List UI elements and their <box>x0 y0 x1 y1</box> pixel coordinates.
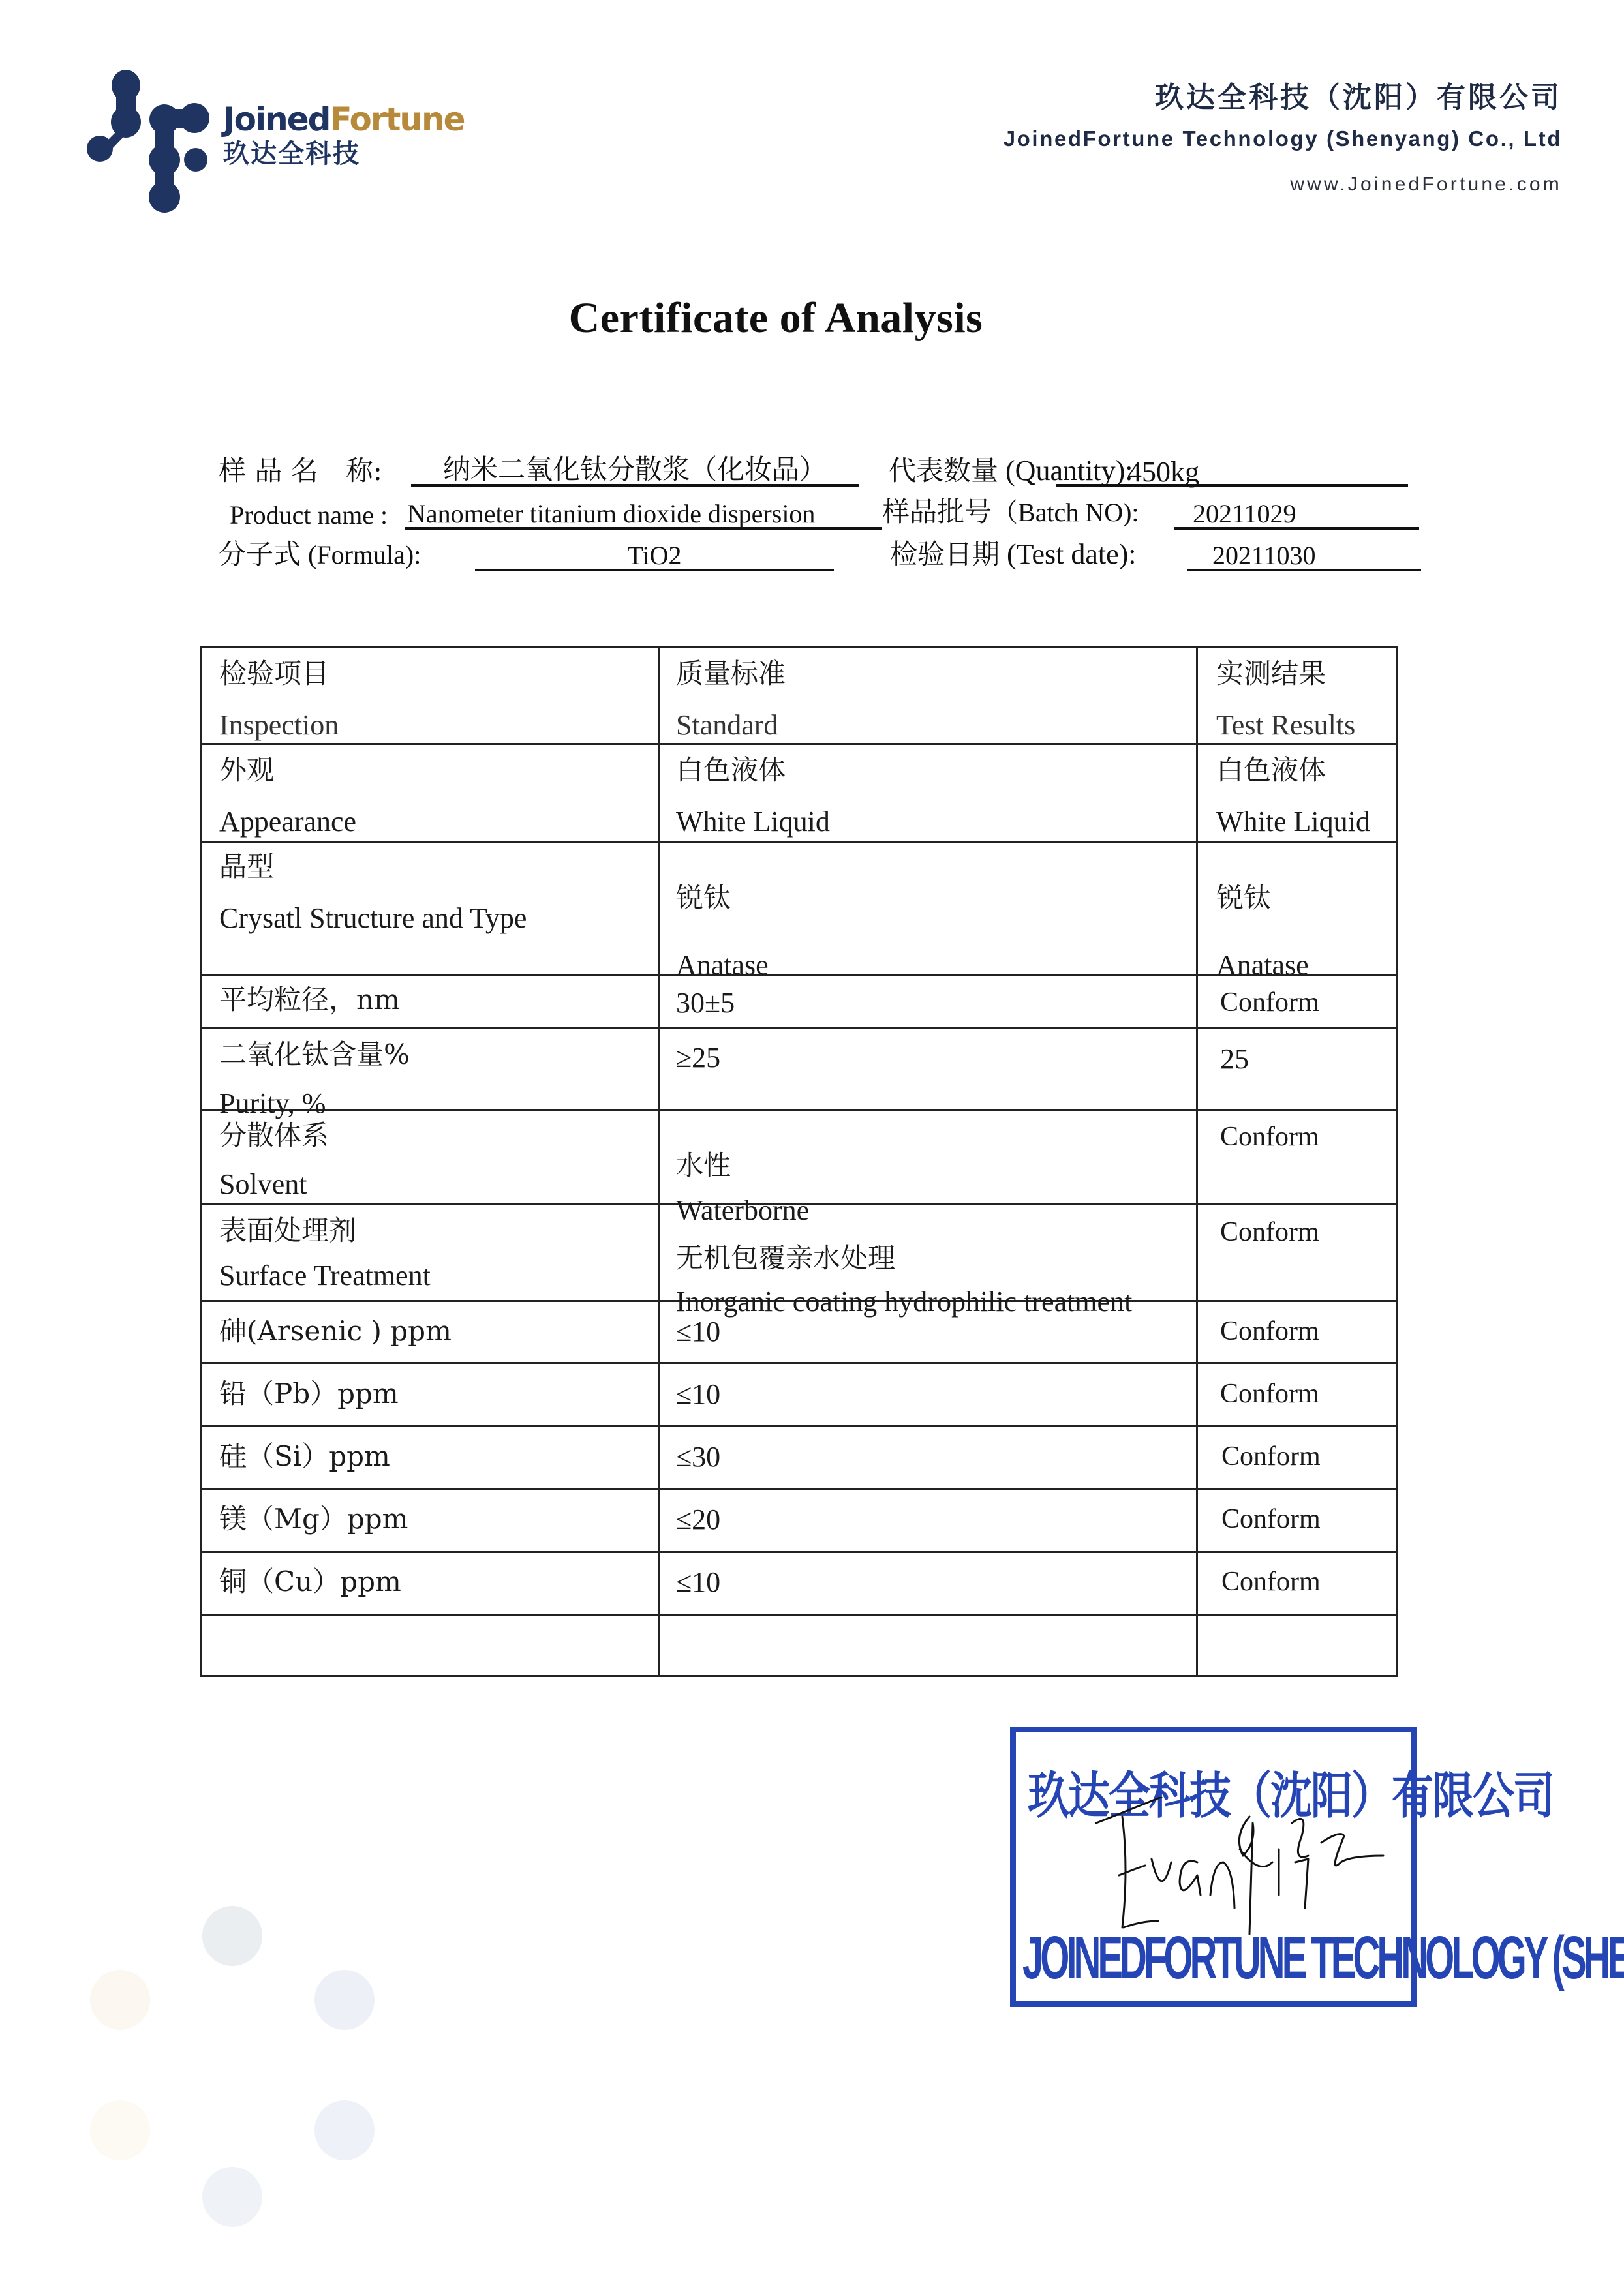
result-cell: Conform <box>1220 1380 1319 1408</box>
table-rule <box>200 1614 1398 1616</box>
formula-value: TiO2 <box>627 541 681 570</box>
standard-cell: 无机包覆亲水处理 Inorganic coating hydrophilic t… <box>676 1245 1132 1316</box>
header-test-results: 实测结果 Test Results <box>1216 660 1355 740</box>
standard-cell: 白色液体 White Liquid <box>676 757 830 836</box>
company-name-cn: 玖达全科技（沈阳）有限公司 <box>1155 83 1562 112</box>
table-rule <box>200 1425 1398 1427</box>
analysis-table: 检验项目 Inspection 质量标准 Standard 实测结果 Test … <box>200 646 1398 1677</box>
decorative-dot-icon <box>314 1970 375 2030</box>
formula-field: TiO2 <box>475 543 834 571</box>
result-cell: 锐钛 Anatase <box>1216 884 1309 980</box>
table-row: 晶型 Crysatl Structure and Type <box>219 853 527 933</box>
header-standard: 质量标准 Standard <box>676 660 786 740</box>
brand-name-part1: Joined <box>223 100 329 138</box>
molecule-logo-icon <box>78 62 222 219</box>
standard-cell: ≥25 <box>676 1044 720 1072</box>
standard-cell: ≤10 <box>676 1568 720 1597</box>
standard-cell: ≤10 <box>676 1318 720 1346</box>
table-row: 二氧化钛含量% Purity, % <box>219 1041 410 1118</box>
test-date-value: 20211030 <box>1187 541 1316 570</box>
batch-label: 样品批号（Batch NO): <box>882 498 1139 526</box>
product-name-field: Nanometer titanium dioxide dispersion <box>405 501 882 530</box>
header-inspection: 检验项目 Inspection <box>219 660 339 740</box>
standard-cell: ≤20 <box>676 1505 720 1534</box>
table-row: 镁（Mg）ppm <box>219 1505 408 1533</box>
sample-name-label: 样 品 名 称: <box>219 457 382 485</box>
table-row: 分散体系 Solvent <box>219 1122 329 1199</box>
result-cell: Conform <box>1220 1123 1319 1151</box>
table-rule <box>200 1488 1398 1490</box>
test-date-label: 检验日期 (Test date): <box>890 540 1137 569</box>
table-row: 外观 Appearance <box>219 757 356 836</box>
standard-cell: 30±5 <box>676 989 735 1018</box>
quantity-value: 450kg <box>1056 456 1199 488</box>
result-cell: 白色液体 White Liquid <box>1216 757 1370 836</box>
decorative-dot-icon <box>202 1906 262 1966</box>
result-cell: Conform <box>1220 989 1319 1016</box>
product-name-label: Product name : <box>230 502 388 528</box>
test-date-field: 20211030 <box>1187 543 1421 571</box>
table-rule <box>1396 646 1398 1677</box>
table-rule <box>200 1551 1398 1553</box>
brand-name-cn: 玖达全科技 <box>223 141 360 167</box>
brand-name-part2: Fortune <box>329 100 464 138</box>
decorative-dot-icon <box>314 2100 375 2160</box>
decorative-dot-icon <box>202 2167 262 2227</box>
batch-field: 20211029 <box>1174 501 1419 530</box>
table-row: 硅（Si）ppm <box>219 1443 390 1470</box>
product-name-value: Nanometer titanium dioxide dispersion <box>405 499 815 528</box>
table-rule <box>200 1027 1398 1029</box>
table-rule <box>200 1675 1398 1677</box>
table-row: 表面处理剂 Surface Treatment <box>219 1217 431 1290</box>
company-website: www.JoinedFortune.com <box>1290 175 1562 194</box>
result-cell: Conform <box>1221 1568 1321 1595</box>
result-cell: Conform <box>1221 1443 1321 1470</box>
sample-name-field: 纳米二氧化钛分散浆（化妆品） <box>411 455 859 487</box>
table-row: 铅（Pb）ppm <box>219 1380 399 1408</box>
table-row: 铜（Cu）ppm <box>219 1568 401 1595</box>
table-row: 平均粒径，nm <box>219 986 400 1014</box>
result-cell: 25 <box>1220 1045 1249 1074</box>
decorative-dot-icon <box>90 2100 150 2160</box>
page-title: Certificate of Analysis <box>0 297 1552 340</box>
sample-name-value: 纳米二氧化钛分散浆（化妆品） <box>443 453 827 485</box>
result-cell: Conform <box>1221 1505 1321 1533</box>
signature-icon <box>1083 1797 1396 1947</box>
company-name-en: JoinedFortune Technology (Shenyang) Co.,… <box>1004 128 1562 149</box>
table-rule <box>200 646 202 1677</box>
result-cell: Conform <box>1220 1318 1319 1345</box>
table-rule <box>200 841 1398 843</box>
result-cell: Conform <box>1220 1218 1319 1246</box>
table-row: 砷(Arsenic ) ppm <box>219 1318 452 1345</box>
table-rule <box>200 646 1398 648</box>
table-rule <box>1196 646 1198 1677</box>
table-rule <box>200 743 1398 745</box>
company-logo <box>78 62 222 222</box>
table-rule <box>200 1362 1398 1364</box>
batch-value: 20211029 <box>1174 499 1296 528</box>
standard-cell: ≤10 <box>676 1380 720 1409</box>
standard-cell: 水性 Waterborne <box>676 1152 809 1225</box>
quantity-field: 450kg <box>1056 458 1408 487</box>
standard-cell: 锐钛 Anatase <box>676 884 769 980</box>
formula-label: 分子式 (Formula): <box>219 540 421 569</box>
brand-name-en: JoinedFortune <box>223 103 465 136</box>
decorative-dot-icon <box>90 1970 150 2030</box>
standard-cell: ≤30 <box>676 1443 720 1472</box>
table-rule <box>658 646 660 1677</box>
